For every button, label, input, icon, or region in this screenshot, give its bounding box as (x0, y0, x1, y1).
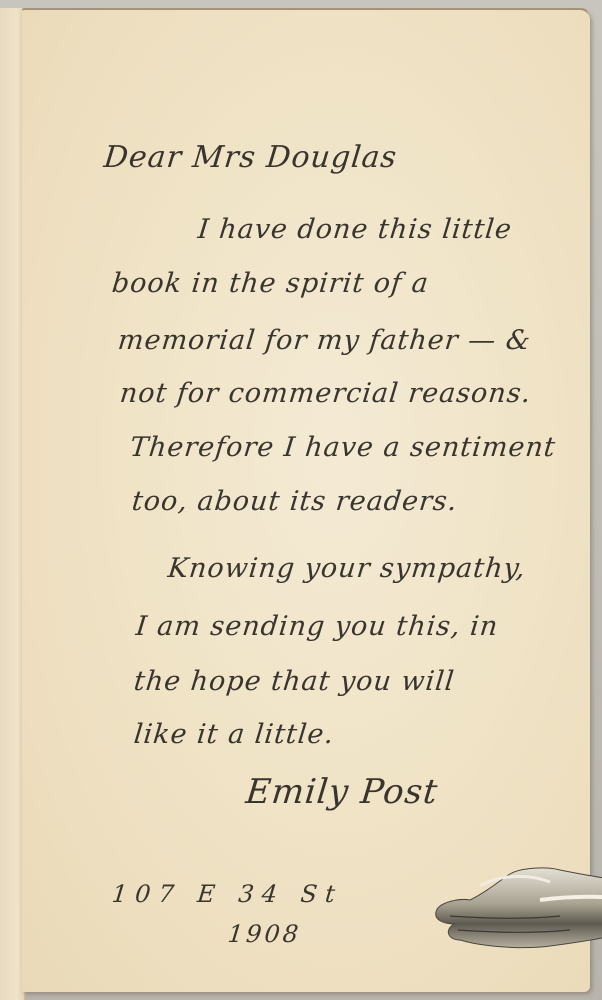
year: 1908 (227, 920, 303, 948)
inscription-line: like it a little. (132, 719, 335, 750)
salutation: Dear Mrs Douglas (102, 140, 399, 175)
inscription-line: I have done this little (196, 214, 513, 245)
inscription-line: Therefore I have a sentiment (128, 432, 557, 463)
handwritten-inscription: Dear Mrs Douglas I have done this little… (0, 0, 602, 1000)
inscription-line: I am sending you this, in (134, 611, 500, 642)
inscription-line: too, about its readers. (130, 486, 459, 517)
signature: Emily Post (244, 772, 440, 812)
inscription-line: not for commercial reasons. (118, 378, 533, 409)
inscription-line: Knowing your sympathy, (166, 553, 527, 584)
inscription-line: the hope that you will (132, 666, 456, 697)
silver-hand-clip-icon (430, 860, 602, 955)
inscription-line: book in the spirit of a (110, 268, 430, 299)
address: 107 E 34 St (111, 880, 345, 908)
inscription-line: memorial for my father — & (116, 325, 532, 356)
